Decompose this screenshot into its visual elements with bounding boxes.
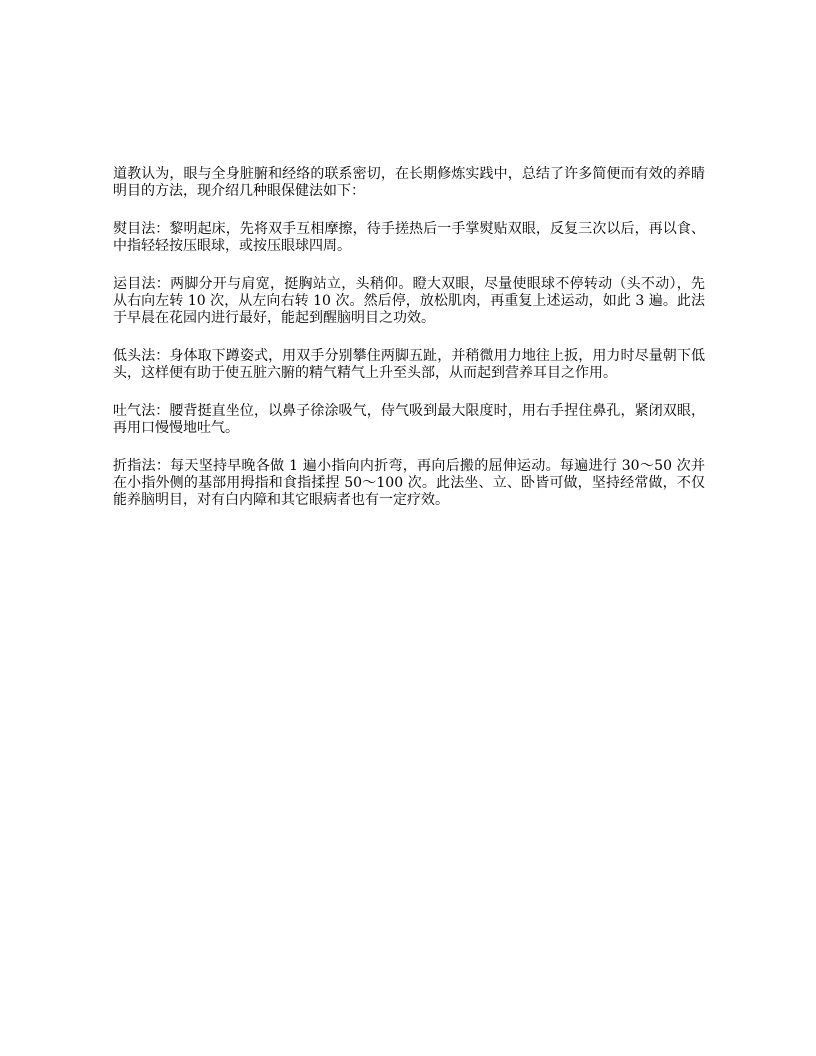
document-canvas: { "page": { "background": "#ffffff", "te… (0, 0, 816, 1056)
paragraph-yu-mu-fa: 熨目法：黎明起床，先将双手互相摩擦，待手搓热后一手掌熨贴双眼，反复三次以后，再以… (113, 221, 705, 255)
document-page: 道教认为，眼与全身脏腑和经络的联系密切，在长期修炼实践中，总结了许多简便而有效的… (0, 0, 816, 1056)
paragraph-yun-mu-fa: 运目法：两脚分开与肩宽，挺胸站立，头稍仰。瞪大双眼，尽量使眼球不停转动（头不动）… (113, 276, 705, 327)
paragraph-zhe-zhi-fa: 折指法：每天坚持早晚各做 1 遍小指向内折弯，再向后搬的屈伸运动。每遍进行 30… (113, 458, 705, 509)
paragraph-tu-qi-fa: 吐气法：腰背挺直坐位，以鼻子徐涂吸气，侍气吸到最大限度时，用右手捏住鼻孔，紧闭双… (113, 403, 705, 437)
paragraph-intro: 道教认为，眼与全身脏腑和经络的联系密切，在长期修炼实践中，总结了许多简便而有效的… (113, 166, 705, 200)
paragraph-di-tou-fa: 低头法：身体取下蹲姿式，用双手分别攀住两脚五趾，并稍微用力地往上扳，用力时尽量朝… (113, 348, 705, 382)
